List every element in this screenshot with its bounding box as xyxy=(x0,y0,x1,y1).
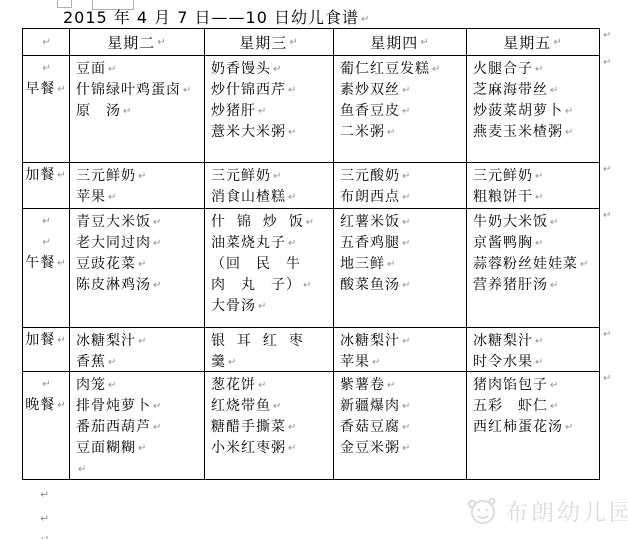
menu-cell: 什 锦 炒 饭↵油菜烧丸子↵（回 民 牛 肉 丸 子）↵大骨汤↵ xyxy=(205,209,334,328)
paragraph-mark: ↵ xyxy=(550,280,559,291)
menu-item-line: 排骨炖萝卜↵ xyxy=(76,396,200,417)
menu-item-line: 什锦绿叶鸡蛋卤↵ xyxy=(76,80,200,101)
menu-item-line: 金豆米粥↵ xyxy=(340,438,462,459)
paragraph-mark: ↵ xyxy=(138,171,147,182)
menu-item-line: 糖醋手撕菜↵ xyxy=(211,417,329,438)
menu-item-line: 三元鲜奶↵ xyxy=(473,166,595,187)
menu-item-line: 芝麻海带丝↵ xyxy=(473,80,595,101)
page-title-text: 2015 年 4 月 7 日——10 日幼儿食谱 xyxy=(63,8,359,27)
day-header-cell: 星期三↵ xyxy=(205,29,334,56)
menu-cell: 银 耳 红 枣 羹↵西瓜↵ xyxy=(205,328,334,372)
paragraph-mark: ↵ xyxy=(273,64,282,75)
empty-paragraph-line: ↵ xyxy=(23,58,69,79)
row-end-mark: ↵ xyxy=(603,57,611,68)
menu-cell: 葡仁红豆发糕↵素炒双丝↵鱼香豆皮↵二米粥↵ xyxy=(334,56,467,163)
paragraph-mark: ↵ xyxy=(288,422,297,433)
menu-item-line: 猪肉馅包子↵ xyxy=(473,375,595,396)
day-header-label: 星期二 xyxy=(107,32,155,53)
paragraph-mark: ↵ xyxy=(306,217,315,228)
row-end-mark: ↵ xyxy=(603,329,611,340)
menu-item-line: 蒜蓉粉丝娃娃菜↵ xyxy=(473,254,595,275)
paragraph-mark: ↵ xyxy=(402,280,411,291)
empty-paragraph-line: ↵ xyxy=(23,374,69,395)
paragraph-mark: ↵ xyxy=(553,37,562,48)
paragraph-mark: ↵ xyxy=(153,422,162,433)
menu-item-line: 原 汤↵ xyxy=(76,101,200,122)
menu-item-line: （回 民 牛 肉 丸 子）↵ xyxy=(211,254,329,296)
menu-item-line: 肉笼↵ xyxy=(76,375,200,396)
paragraph-mark: ↵ xyxy=(565,422,574,433)
paragraph-mark: ↵ xyxy=(108,64,117,75)
paragraph-mark: ↵ xyxy=(153,238,162,249)
menu-item-line: 五香鸡腿↵ xyxy=(340,233,462,254)
menu-item-line: 葡仁红豆发糕↵ xyxy=(340,59,462,80)
menu-item-line: 时令水果↵ xyxy=(473,352,595,372)
paragraph-mark: ↵ xyxy=(420,37,429,48)
watermark: 布朗幼儿园 xyxy=(466,494,628,527)
paragraph-mark: ↵ xyxy=(535,192,544,203)
menu-cell: 三元鲜奶↵消食山楂糕↵ xyxy=(205,163,334,209)
paragraph-mark: ↵ xyxy=(432,64,441,75)
paragraph-mark: ↵ xyxy=(42,37,51,48)
menu-item-line: 消食山楂糕↵ xyxy=(211,187,329,208)
meal-row-label: ↵晚餐↵ xyxy=(23,372,70,480)
paragraph-mark: ↵ xyxy=(288,192,297,203)
paragraph-mark: ↵ xyxy=(535,171,544,182)
menu-item-line: 火腿合子↵ xyxy=(473,59,595,80)
meal-row-label-text: 午餐↵ xyxy=(23,253,69,274)
menu-cell: 三元酸奶↵布朗西点↵ xyxy=(334,163,467,209)
menu-item-line: 冰糖梨汁↵ xyxy=(76,331,200,352)
paragraph-mark: ↵ xyxy=(402,336,411,347)
paragraph-mark: ↵ xyxy=(157,37,166,48)
kindergarten-logo-icon xyxy=(466,496,498,526)
paragraph-mark: ↵ xyxy=(42,216,51,227)
menu-item-line: 苹果↵ xyxy=(76,187,200,208)
menu-item-line: 番茄西葫芦↵ xyxy=(76,417,200,438)
menu-item-line: 银 耳 红 枣 羹↵ xyxy=(211,331,329,372)
paragraph-mark: ↵ xyxy=(57,258,66,269)
menu-item-line: 布朗西点↵ xyxy=(340,187,462,208)
menu-cell: 冰糖梨汁↵苹果↵ xyxy=(334,328,467,372)
menu-item-line: 香菇豆腐↵ xyxy=(340,417,462,438)
meal-row-label: 加餐↵ xyxy=(23,163,70,209)
menu-cell: 冰糖梨汁↵香蕉↵ xyxy=(70,328,205,372)
page-title: 2015 年 4 月 7 日——10 日幼儿食谱↵ xyxy=(63,5,370,28)
paragraph-mark: ↵ xyxy=(535,238,544,249)
paragraph-mark: ↵ xyxy=(57,84,66,95)
paragraph-mark: ↵ xyxy=(535,357,544,368)
paragraph-mark: ↵ xyxy=(402,85,411,96)
paragraph-mark: ↵ xyxy=(42,237,51,248)
paragraph-mark: ↵ xyxy=(303,280,312,291)
paragraph-mark: ↵ xyxy=(550,380,559,391)
paragraph-mark: ↵ xyxy=(183,85,192,96)
paragraph-mark: ↵ xyxy=(57,170,66,181)
paragraph-mark: ↵ xyxy=(361,14,370,25)
menu-item-line: 油菜烧丸子↵ xyxy=(211,233,329,254)
paragraph-mark: ↵ xyxy=(78,464,87,475)
paragraph-mark: ↵ xyxy=(258,380,267,391)
menu-item-line: 地三鲜↵ xyxy=(340,254,462,275)
row-end-mark: ↵ xyxy=(603,30,611,41)
menu-item-line: 香蕉↵ xyxy=(76,352,200,372)
paragraph-mark: ↵ xyxy=(402,217,411,228)
paragraph-mark: ↵ xyxy=(288,238,297,249)
menu-item-line: 西红柿蛋花汤↵ xyxy=(473,417,595,438)
menu-cell: 猪肉馅包子↵五彩 虾仁↵西红柿蛋花汤↵ xyxy=(467,372,600,480)
menu-item-line: 三元酸奶↵ xyxy=(340,166,462,187)
menu-item-line: 红烧带鱼↵ xyxy=(211,396,329,417)
menu-item-line: 素炒双丝↵ xyxy=(340,80,462,101)
meal-row-label-text: 晚餐↵ xyxy=(23,395,69,416)
menu-cell: 冰糖梨汁↵时令水果↵ xyxy=(467,328,600,372)
menu-cell: 豆面↵什锦绿叶鸡蛋卤↵原 汤↵ xyxy=(70,56,205,163)
row-end-mark: ↵ xyxy=(603,373,611,384)
paragraph-mark: ↵ xyxy=(42,379,51,390)
menu-item-line: 五彩 虾仁↵ xyxy=(473,396,595,417)
paragraph-mark: ↵ xyxy=(550,85,559,96)
menu-cell: 紫薯卷↵新疆爆肉↵香菇豆腐↵金豆米粥↵ xyxy=(334,372,467,480)
paragraph-mark: ↵ xyxy=(535,64,544,75)
menu-item-line: 豆面糊糊↵ xyxy=(76,438,200,459)
day-header-cell: 星期五↵ xyxy=(467,29,600,56)
menu-item-line: 炒菠菜胡萝卜↵ xyxy=(473,101,595,122)
menu-item-line: 大骨汤↵ xyxy=(211,296,329,317)
menu-item-line: 新疆爆肉↵ xyxy=(340,396,462,417)
paragraph-mark: ↵ xyxy=(402,238,411,249)
paragraph-mark: ↵ xyxy=(153,217,162,228)
menu-cell: 火腿合子↵芝麻海带丝↵炒菠菜胡萝卜↵燕麦玉米楂粥↵ xyxy=(467,56,600,163)
paragraph-mark: ↵ xyxy=(550,217,559,228)
meal-row-label: ↵早餐↵ xyxy=(23,56,70,163)
menu-item-line: 鱼香豆皮↵ xyxy=(340,101,462,122)
empty-paragraph-line: ↵ xyxy=(23,232,69,253)
paragraph-mark: ↵ xyxy=(108,380,117,391)
empty-paragraph-mark: ↵ xyxy=(40,533,49,539)
menu-item-line: 牛奶大米饭↵ xyxy=(473,212,595,233)
empty-paragraph-mark: ↵ xyxy=(40,512,49,525)
meal-row-label: ↵↵午餐↵ xyxy=(23,209,70,328)
day-header-label: 星期三 xyxy=(239,32,287,53)
paragraph-mark: ↵ xyxy=(580,259,589,270)
paragraph-mark: ↵ xyxy=(402,171,411,182)
menu-item-line: 葱花饼↵ xyxy=(211,375,329,396)
paragraph-mark: ↵ xyxy=(288,127,297,138)
document-page: 2015 年 4 月 7 日——10 日幼儿食谱↵ ↵星期二↵星期三↵星期四↵星… xyxy=(0,0,628,539)
paragraph-mark: ↵ xyxy=(153,401,162,412)
paragraph-mark: ↵ xyxy=(258,106,267,117)
meal-row-label-text: 早餐↵ xyxy=(23,79,69,100)
day-header-cell: 星期二↵ xyxy=(70,29,205,56)
menu-item-line: 粗粮饼干↵ xyxy=(473,187,595,208)
menu-cell: 奶香馒头↵炒什锦西芹↵炒猪肝↵薏米大米粥↵ xyxy=(205,56,334,163)
day-header-label: 星期五 xyxy=(503,32,551,53)
paragraph-mark: ↵ xyxy=(535,336,544,347)
row-end-mark: ↵ xyxy=(603,210,611,221)
menu-item-line: 二米粥↵ xyxy=(340,122,462,143)
menu-table: ↵星期二↵星期三↵星期四↵星期五↵↵早餐↵豆面↵什锦绿叶鸡蛋卤↵原 汤↵奶香馒头… xyxy=(22,28,600,480)
menu-item-line: 什 锦 炒 饭↵ xyxy=(211,212,329,233)
paragraph-mark: ↵ xyxy=(387,259,396,270)
corner-header-cell: ↵ xyxy=(23,29,70,56)
paragraph-mark: ↵ xyxy=(565,106,574,117)
menu-item-line: 冰糖梨汁↵ xyxy=(340,331,462,352)
menu-item-line: 老大同过肉↵ xyxy=(76,233,200,254)
paragraph-mark: ↵ xyxy=(153,280,162,291)
menu-item-line: 陈皮淋鸡汤↵ xyxy=(76,275,200,296)
paragraph-mark: ↵ xyxy=(57,335,66,346)
paragraph-mark: ↵ xyxy=(550,401,559,412)
day-header-cell: 星期四↵ xyxy=(334,29,467,56)
paragraph-mark: ↵ xyxy=(228,357,237,368)
paragraph-mark: ↵ xyxy=(402,106,411,117)
paragraph-mark: ↵ xyxy=(42,63,51,74)
menu-item-line: 紫薯卷↵ xyxy=(340,375,462,396)
paragraph-mark: ↵ xyxy=(387,380,396,391)
menu-item-line: 青豆大米饭↵ xyxy=(76,212,200,233)
paragraph-mark: ↵ xyxy=(402,443,411,454)
paragraph-mark: ↵ xyxy=(138,443,147,454)
menu-cell: 葱花饼↵红烧带鱼↵糖醋手撕菜↵小米红枣粥↵ xyxy=(205,372,334,480)
meal-row-label-text: 加餐↵ xyxy=(23,165,69,186)
paragraph-mark: ↵ xyxy=(57,400,66,411)
menu-item-line: 冰糖梨汁↵ xyxy=(473,331,595,352)
menu-cell: 青豆大米饭↵老大同过肉↵豆豉花菜↵陈皮淋鸡汤↵ xyxy=(70,209,205,328)
paragraph-mark: ↵ xyxy=(565,127,574,138)
paragraph-mark: ↵ xyxy=(402,192,411,203)
menu-item-line: 燕麦玉米楂粥↵ xyxy=(473,122,595,143)
paragraph-mark: ↵ xyxy=(372,357,381,368)
paragraph-mark: ↵ xyxy=(138,336,147,347)
menu-cell: 肉笼↵排骨炖萝卜↵番茄西葫芦↵豆面糊糊↵↵ xyxy=(70,372,205,480)
menu-cell: 红薯米饭↵五香鸡腿↵地三鲜↵酸菜鱼汤↵ xyxy=(334,209,467,328)
empty-paragraph-mark: ↵ xyxy=(40,488,49,501)
paragraph-mark: ↵ xyxy=(289,37,298,48)
menu-item-line: 营养猪肝汤↵ xyxy=(473,275,595,296)
menu-item-line: 红薯米饭↵ xyxy=(340,212,462,233)
menu-item-line: 小米红枣粥↵ xyxy=(211,438,329,459)
menu-item-line: 苹果↵ xyxy=(340,352,462,372)
day-header-label: 星期四 xyxy=(370,32,418,53)
paragraph-mark: ↵ xyxy=(258,301,267,312)
watermark-text: 布朗幼儿园 xyxy=(505,494,628,527)
menu-item-line: 豆豉花菜↵ xyxy=(76,254,200,275)
paragraph-mark: ↵ xyxy=(288,443,297,454)
menu-item-line: 奶香馒头↵ xyxy=(211,59,329,80)
meal-row-label: 加餐↵ xyxy=(23,328,70,372)
paragraph-mark: ↵ xyxy=(108,357,117,368)
paragraph-mark: ↵ xyxy=(123,106,132,117)
paragraph-mark: ↵ xyxy=(387,127,396,138)
empty-paragraph-line: ↵ xyxy=(23,211,69,232)
paragraph-mark: ↵ xyxy=(273,171,282,182)
menu-cell: 三元鲜奶↵苹果↵ xyxy=(70,163,205,209)
paragraph-mark: ↵ xyxy=(288,85,297,96)
menu-item-line: 三元鲜奶↵ xyxy=(211,166,329,187)
paragraph-mark: ↵ xyxy=(273,401,282,412)
menu-item-line: 炒猪肝↵ xyxy=(211,101,329,122)
menu-item-line: 三元鲜奶↵ xyxy=(76,166,200,187)
menu-item-line: 酸菜鱼汤↵ xyxy=(340,275,462,296)
menu-item-line: ↵ xyxy=(76,459,200,480)
menu-cell: 三元鲜奶↵粗粮饼干↵ xyxy=(467,163,600,209)
row-end-mark: ↵ xyxy=(603,164,611,175)
paragraph-mark: ↵ xyxy=(138,259,147,270)
menu-item-line: 炒什锦西芹↵ xyxy=(211,80,329,101)
meal-row-label-text: 加餐↵ xyxy=(23,330,69,351)
menu-cell: 牛奶大米饭↵京酱鸭胸↵蒜蓉粉丝娃娃菜↵营养猪肝汤↵ xyxy=(467,209,600,328)
menu-item-line: 薏米大米粥↵ xyxy=(211,122,329,143)
paragraph-mark: ↵ xyxy=(402,401,411,412)
menu-item-line: 豆面↵ xyxy=(76,59,200,80)
paragraph-mark: ↵ xyxy=(402,422,411,433)
paragraph-mark: ↵ xyxy=(108,192,117,203)
menu-item-line: 京酱鸭胸↵ xyxy=(473,233,595,254)
